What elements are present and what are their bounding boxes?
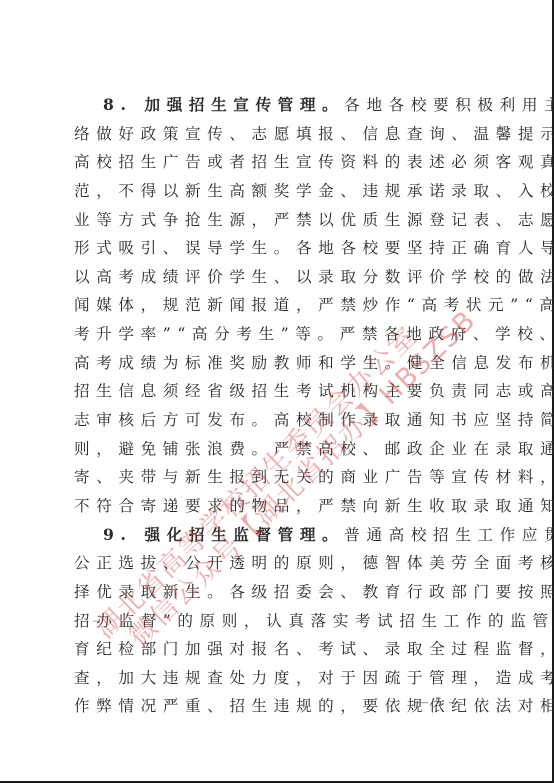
document-page: 8. 加强招生宣传管理。各地各校要积极利用主流媒体和网 络做好政策宣传、志愿填报… [0,0,554,783]
paragraph-9-line: 查，加大违规查处力度，对于因疏于管理，造成考场秩序混乱、 [74,664,484,693]
paragraph-9-text: 普通高校招生工作应贯彻公平竞争、 [344,526,554,544]
paragraph-8-line: 寄、夹带与新生报到无关的商业广告等宣传材料，严禁夹寄其他 [74,463,484,492]
paragraph-9-line-1: 9. 强化招生监督管理。普通高校招生工作应贯彻公平竞争、 [74,521,484,550]
paragraph-9-line: 公正选拔、公开透明的原则，德智体美劳全面考核、综合评价、 [74,549,484,578]
paragraph-9-line: 育纪检部门加强对报名、考试、录取全过程监督，加强督促检 [74,635,484,664]
document-body: 8. 加强招生宣传管理。各地各校要积极利用主流媒体和网 络做好政策宣传、志愿填报… [74,91,484,721]
paragraph-8-heading: 8. 加强招生宣传管理。 [103,95,344,114]
paragraph-8-line: 闻媒体，规范新闻报道，严禁炒作“高考状元”“高考喜报”“高 [74,291,484,320]
paragraph-8-line: 范，不得以新生高额奖学金、违规承诺录取、入校后重新选择专 [74,177,484,206]
paragraph-9-line: 招办监督”的原则，认真落实考试招生工作的监管责任，会同教 [74,607,484,636]
paragraph-8-line: 则，避免铺张浪费。严禁高校、邮政企业在录取通知书邮件内夹 [74,435,484,464]
paragraph-8-line: 形式吸引、误导学生。各地各校要坚持正确育人导向，转变简单 [74,234,484,263]
paragraph-8-line: 志审核后方可发布。高校制作录取通知书应坚持简约、节约的原 [74,406,484,435]
paragraph-8-line: 不符合寄递要求的物品，严禁向新生收取录取通知书邮寄费用。 [74,492,484,521]
paragraph-8-line: 考升学率”“高分考生”等。严禁各地政府、学校、培训机构以 [74,320,484,349]
paragraph-8-line: 以高考成绩评价学生、以录取分数评价学校的做法，积极协调新 [74,263,484,292]
paragraph-8-line: 招生信息须经省级招生考试机构主要负责同志或高校主要负责同 [74,377,484,406]
page-number: — 5 — [415,694,464,710]
paragraph-8-line: 高校招生广告或者招生宣传资料的表述必须客观真实，严谨规 [74,148,484,177]
paragraph-8-line: 高考成绩为标准奖励教师和学生。健全信息发布机制，重要考试 [74,349,484,378]
paragraph-8-line-1: 8. 加强招生宣传管理。各地各校要积极利用主流媒体和网 [74,91,484,120]
paragraph-9-heading: 9. 强化招生监督管理。 [103,525,344,544]
paragraph-8-text: 各地各校要积极利用主流媒体和网 [344,96,554,114]
paragraph-8-line: 络做好政策宣传、志愿填报、信息查询、温馨提示等服务工作。 [74,120,484,149]
paragraph-9-line: 择优录取新生。各级招委会、教育行政部门要按照“学校负责、 [74,578,484,607]
paragraph-8-line: 业等方式争抢生源，严禁以优质生源登记表、志愿填报意向书等 [74,206,484,235]
